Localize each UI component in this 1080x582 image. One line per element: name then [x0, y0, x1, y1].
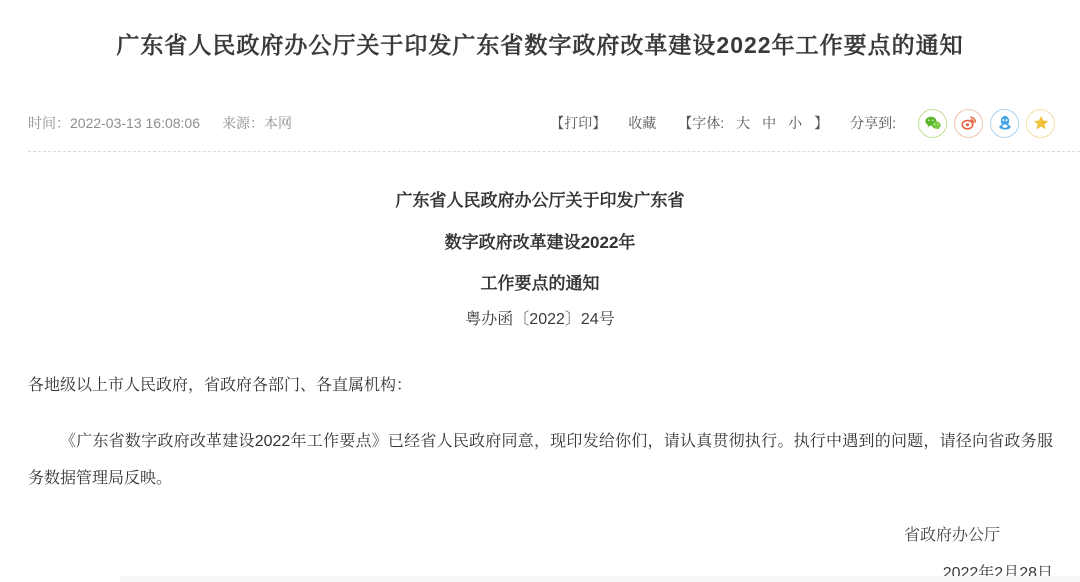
dashed-divider — [28, 151, 1080, 152]
meta-actions: 【打印】 收藏 【字体: 大 中 小 】 分享到: — [550, 109, 1055, 138]
font-size-medium-button[interactable]: 中 — [762, 113, 776, 133]
doc-heading-line3: 工作要点的通知 — [0, 274, 1080, 294]
favorite-button[interactable]: 收藏 — [628, 113, 656, 133]
publish-time: 时间： 2022-03-13 16:08:06 — [28, 113, 200, 133]
share-label: 分享到: — [850, 113, 896, 133]
doc-number: 粤办函〔2022〕24号 — [0, 310, 1080, 330]
doc-heading-line1: 广东省人民政府办公厅关于印发广东省 — [0, 191, 1080, 211]
font-size-large-button[interactable]: 大 — [736, 113, 750, 133]
source: 来源： 本网 — [222, 113, 292, 133]
body-paragraph: 《广东省数字政府改革建设2022年工作要点》已经省人民政府同意，现印发给你们，请… — [28, 423, 1053, 497]
share-weibo-button[interactable] — [954, 109, 983, 138]
time-label: 时间： — [28, 113, 70, 133]
font-size-suffix: 】 — [814, 113, 828, 133]
article-page: 广东省人民政府办公厅关于印发广东省数字政府改革建设2022年工作要点的通知 时间… — [0, 0, 1080, 582]
bottom-edge-strip — [120, 576, 1080, 582]
source-label: 来源： — [222, 113, 264, 133]
share-wechat-button[interactable] — [918, 109, 947, 138]
weibo-icon — [960, 114, 978, 132]
qq-icon — [996, 114, 1014, 132]
wechat-icon — [924, 114, 942, 132]
page-title: 广东省人民政府办公厅关于印发广东省数字政府改革建设2022年工作要点的通知 — [0, 0, 1080, 62]
qzone-star-icon — [1032, 114, 1050, 132]
font-size-prefix: 【字体: — [678, 113, 724, 133]
meta-bar: 时间： 2022-03-13 16:08:06 来源： 本网 【打印】 收藏 【… — [28, 108, 1055, 138]
font-size-control: 【字体: 大 中 小 】 — [678, 113, 828, 133]
doc-heading-line2: 数字政府改革建设2022年 — [0, 233, 1080, 253]
print-button[interactable]: 【打印】 — [550, 113, 606, 133]
source-value: 本网 — [264, 113, 292, 133]
share-qq-button[interactable] — [990, 109, 1019, 138]
share-icons — [918, 109, 1055, 138]
time-value: 2022-03-13 16:08:06 — [70, 115, 200, 131]
salutation: 各地级以上市人民政府，省政府各部门、各直属机构： — [28, 375, 1053, 397]
signature: 省政府办公厅 — [0, 525, 1080, 547]
meta-info: 时间： 2022-03-13 16:08:06 来源： 本网 — [28, 113, 292, 133]
share-qzone-button[interactable] — [1026, 109, 1055, 138]
font-size-small-button[interactable]: 小 — [788, 113, 802, 133]
